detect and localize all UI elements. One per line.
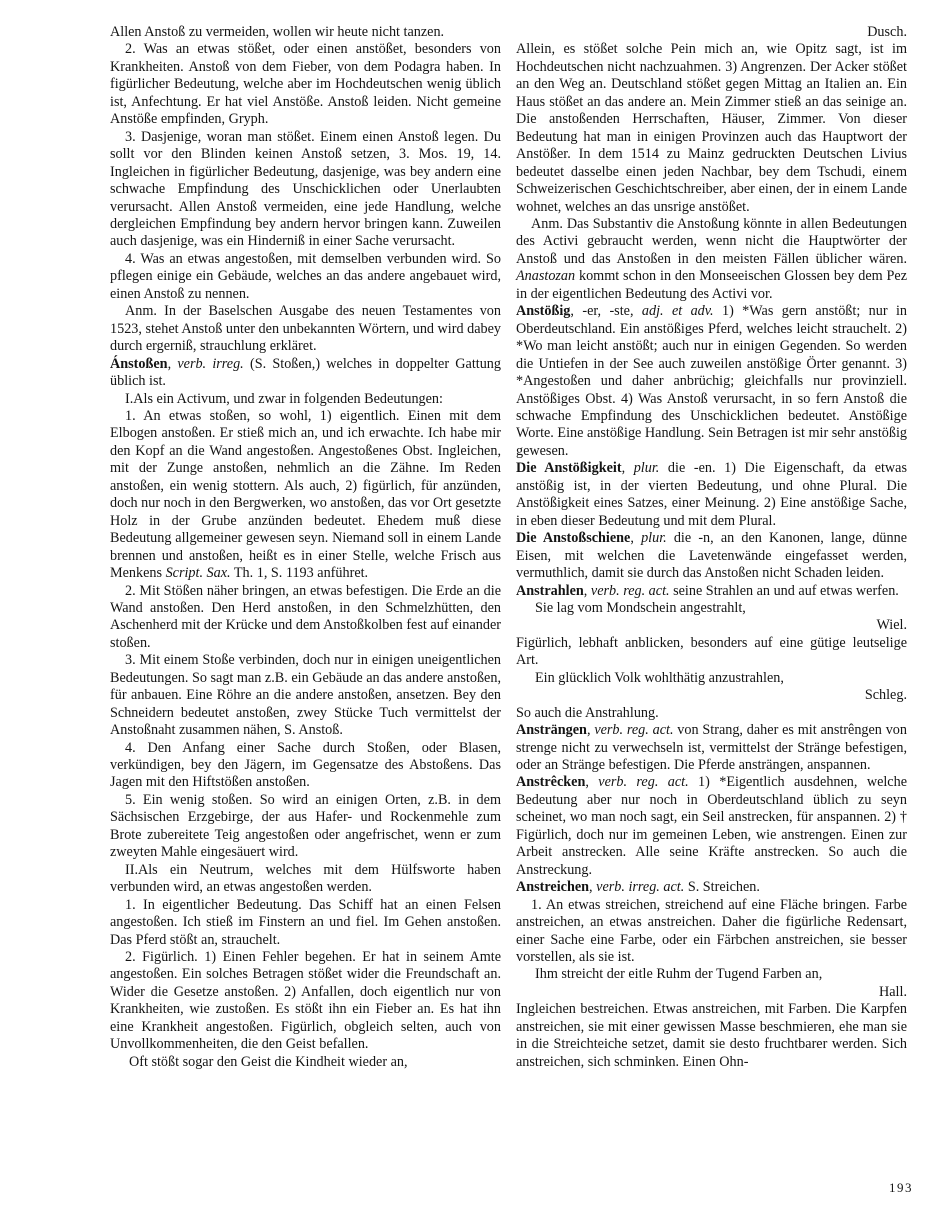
headword: Anstreichen — [516, 879, 589, 895]
headword: Anstrahlen — [516, 583, 584, 599]
paragraph: 3. Dasjenige, woran man stößet. Einem ei… — [110, 129, 501, 251]
page-number: 193 — [516, 1180, 913, 1196]
paragraph: 4. Was an etwas angestoßen, mit demselbe… — [110, 251, 501, 303]
text-run: 1. An etwas stoßen, so wohl, 1) eigentli… — [110, 408, 501, 581]
dictionary-entry: Anstößig, -er, -ste, adj. et adv. 1) *Wa… — [516, 303, 907, 460]
paragraph: 5. Ein wenig stoßen. So wird an einigen … — [110, 792, 501, 862]
text-run: I.Als ein Activum, und zwar in folgenden… — [125, 391, 443, 407]
headword: Ansträngen — [516, 722, 587, 738]
paragraph: Allen Anstoß zu vermeiden, wollen wir he… — [110, 24, 501, 41]
text-run: , — [630, 530, 641, 546]
text-run: 4. Was an etwas angestoßen, mit demselbe… — [110, 251, 501, 302]
text-run: Script. Sax. — [166, 565, 231, 581]
paragraph: Figürlich, lebhaft anblicken, besonders … — [516, 635, 907, 670]
text-run: , — [585, 774, 598, 790]
text-run: 1) *Was gern anstößt; nur in Oberdeutsch… — [516, 303, 907, 459]
headword: Anstößig — [516, 303, 570, 319]
verse-line: Sie lag vom Mondschein angestrahlt, — [516, 600, 907, 617]
text-run: Schleg. — [865, 687, 907, 703]
paragraph: Anm. In der Baselschen Ausgabe des neuen… — [110, 303, 501, 355]
text-run: , -er, -ste, — [570, 303, 641, 319]
text-run: Anm. Das Substantiv die Anstoßung könnte… — [516, 216, 907, 267]
paragraph: Anm. Das Substantiv die Anstoßung könnte… — [516, 216, 907, 303]
text-run: 1. In eigentlicher Bedeutung. Das Schiff… — [110, 897, 501, 948]
paragraph: II.Als ein Neutrum, welches mit dem Hülf… — [110, 862, 501, 897]
text-run: verb. irreg. — [177, 356, 243, 372]
text-run: So auch die Anstrahlung. — [516, 705, 659, 721]
dictionary-entry: Anstrêcken, verb. reg. act. 1) *Eigentli… — [516, 774, 907, 879]
paragraph: 2. Was an etwas stößet, oder einen anstö… — [110, 41, 501, 128]
text-run: 2. Was an etwas stößet, oder einen anstö… — [110, 41, 501, 127]
text-run: Th. 1, S. 1193 anführet. — [231, 565, 369, 581]
paragraph: 1. In eigentlicher Bedeutung. Das Schiff… — [110, 897, 501, 949]
text-run: kommt schon in den Monseeischen Glossen … — [516, 268, 907, 301]
left-column: Allen Anstoß zu vermeiden, wollen wir he… — [110, 24, 501, 1071]
text-run: Ingleichen bestreichen. Etwas anstreiche… — [516, 1001, 907, 1069]
text-run: Allein, es stößet solche Pein mich an, w… — [516, 41, 907, 214]
text-run: 4. Den Anfang einer Sache durch Stoßen, … — [110, 740, 501, 791]
paragraph: Ingleichen bestreichen. Etwas anstreiche… — [516, 1001, 907, 1071]
text-run: Ein glücklich Volk wohlthätig anzustrahl… — [535, 670, 784, 686]
dictionary-entry: Die Anstoßschiene, plur. die -n, an den … — [516, 530, 907, 582]
headword: Die Anstoßschiene — [516, 530, 630, 546]
right-column: Dusch.Allein, es stößet solche Pein mich… — [516, 24, 907, 1071]
text-run: 1. An etwas streichen, streichend auf ei… — [516, 897, 907, 965]
text-run: adj. et adv. — [642, 303, 714, 319]
text-run: verb. reg. act. — [598, 774, 688, 790]
text-run: Oft stößt sogar den Geist die Kindheit w… — [129, 1054, 408, 1070]
text-run: verb. reg. act. — [594, 722, 673, 738]
text-run: verb. reg. act. — [591, 583, 670, 599]
quote-attribution: Schleg. — [516, 687, 907, 704]
text-run: 3. Dasjenige, woran man stößet. Einem ei… — [110, 129, 501, 250]
text-run: 2. Mit Stößen näher bringen, an etwas be… — [110, 583, 501, 651]
text-run: Hall. — [879, 984, 907, 1000]
text-run: Figürlich, lebhaft anblicken, besonders … — [516, 635, 907, 668]
text-run: 3. Mit einem Stoße verbinden, doch nur i… — [110, 652, 501, 738]
dictionary-entry: Ánstoßen, verb. irreg. (S. Stoßen,) welc… — [110, 356, 501, 391]
text-run: Anastozan — [516, 268, 575, 284]
text-run: , — [168, 356, 178, 372]
text-run: 2. Figürlich. 1) Einen Fehler begehen. E… — [110, 949, 501, 1052]
quote-attribution: Hall. — [516, 984, 907, 1001]
quote-attribution: Wiel. — [516, 617, 907, 634]
text-run: II.Als ein Neutrum, welches mit dem Hülf… — [110, 862, 501, 895]
paragraph: 2. Mit Stößen näher bringen, an etwas be… — [110, 583, 501, 653]
headword: Die Anstößigkeit — [516, 460, 622, 476]
text-run: , — [584, 583, 591, 599]
text-run: Dusch. — [867, 24, 907, 40]
text-run: verb. irreg. act. — [596, 879, 684, 895]
dictionary-page: Allen Anstoß zu vermeiden, wollen wir he… — [0, 0, 935, 1210]
dictionary-entry: Ansträngen, verb. reg. act. von Strang, … — [516, 722, 907, 774]
text-run: Allen Anstoß zu vermeiden, wollen wir he… — [110, 24, 444, 40]
verse-line: Ein glücklich Volk wohlthätig anzustrahl… — [516, 670, 907, 687]
text-run: plur. — [641, 530, 667, 546]
paragraph: Allein, es stößet solche Pein mich an, w… — [516, 41, 907, 216]
dictionary-entry: Anstreichen, verb. irreg. act. S. Streic… — [516, 879, 907, 896]
dictionary-entry: Anstrahlen, verb. reg. act. seine Strahl… — [516, 583, 907, 600]
headword: Anstrêcken — [516, 774, 585, 790]
text-run: Ihm streicht der eitle Ruhm der Tugend F… — [535, 966, 822, 982]
paragraph: 4. Den Anfang einer Sache durch Stoßen, … — [110, 740, 501, 792]
text-run: , — [622, 460, 634, 476]
text-run: Wiel. — [876, 617, 907, 633]
text-run: plur. — [634, 460, 660, 476]
verse-line: Oft stößt sogar den Geist die Kindheit w… — [110, 1054, 501, 1071]
text-run: S. Streichen. — [684, 879, 760, 895]
text-run: 5. Ein wenig stoßen. So wird an einigen … — [110, 792, 501, 860]
paragraph: 3. Mit einem Stoße verbinden, doch nur i… — [110, 652, 501, 739]
quote-attribution: Dusch. — [516, 24, 907, 41]
verse-line: Ihm streicht der eitle Ruhm der Tugend F… — [516, 966, 907, 983]
text-run: Anm. In der Baselschen Ausgabe des neuen… — [110, 303, 501, 354]
paragraph: So auch die Anstrahlung. — [516, 705, 907, 722]
headword: Ánstoßen — [110, 356, 168, 372]
paragraph: 2. Figürlich. 1) Einen Fehler begehen. E… — [110, 949, 501, 1054]
dictionary-entry: Die Anstößigkeit, plur. die -en. 1) Die … — [516, 460, 907, 530]
paragraph: I.Als ein Activum, und zwar in folgenden… — [110, 391, 501, 408]
text-run: seine Strahlen an und auf etwas werfen. — [670, 583, 899, 599]
text-run: Sie lag vom Mondschein angestrahlt, — [535, 600, 746, 616]
paragraph: 1. An etwas streichen, streichend auf ei… — [516, 897, 907, 967]
paragraph: 1. An etwas stoßen, so wohl, 1) eigentli… — [110, 408, 501, 583]
